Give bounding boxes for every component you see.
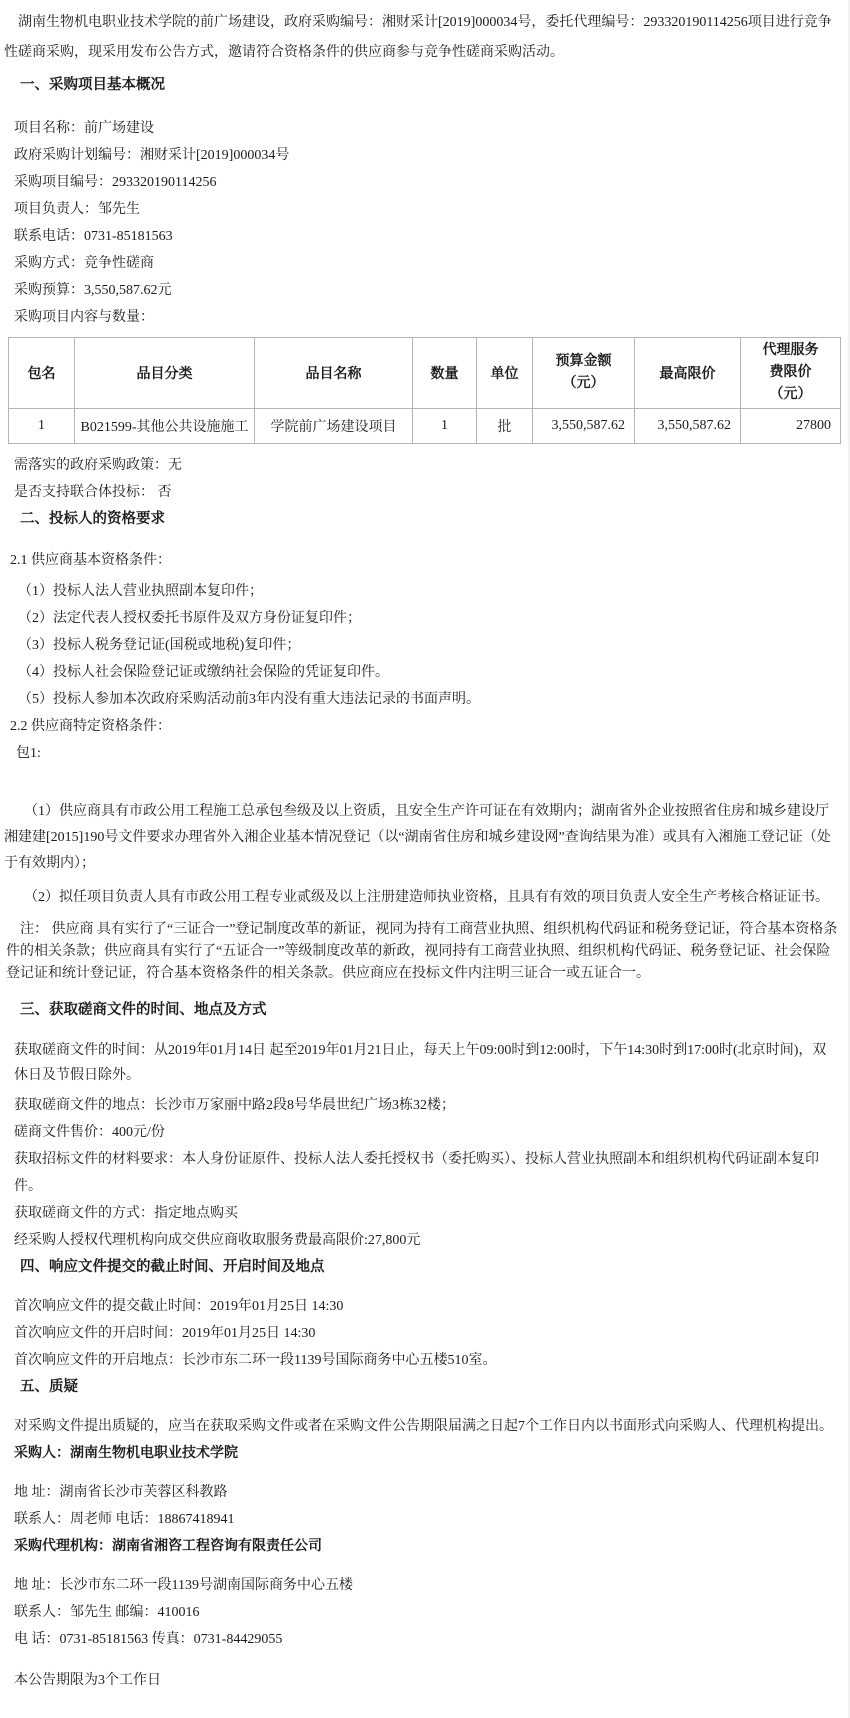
field-content-quantity-label: 采购项目内容与数量： xyxy=(14,304,840,331)
header-budget-amount-text: 预算金额（元） xyxy=(554,351,614,395)
cell-max-price: 3,550,587.62 xyxy=(635,409,741,444)
intro-paragraph: 湖南生物机电职业技术学院的前广场建设，政府采购编号：湘财采计[2019]0000… xyxy=(4,8,840,68)
document-time-line: 获取磋商文件的时间：从2019年01月14日 起至2019年01月21日止，每天… xyxy=(14,1038,840,1088)
header-agency-fee-limit-text: 代理服务费限价（元） xyxy=(761,340,821,406)
package-1-label: 包1: xyxy=(16,740,840,767)
field-project-name: 项目名称：前广场建设 xyxy=(14,115,840,142)
requirement-item-4: （4）投标人社会保险登记证或缴纳社会保险的凭证复印件。 xyxy=(18,659,840,686)
requirement-item-2: （2）法定代表人授权委托书原件及双方身份证复印件； xyxy=(18,605,840,632)
table-header-row: 包名 品目分类 品目名称 数量 单位 预算金额（元） 最高限价 代理服务费限价（… xyxy=(9,338,841,409)
cell-unit: 批 xyxy=(477,409,533,444)
field-project-number: 采购项目编号：293320190114256 xyxy=(14,169,840,196)
field-procurement-method: 采购方式：竞争性磋商 xyxy=(14,250,840,277)
policy-line: 需落实的政府采购政策：无 xyxy=(14,452,840,479)
cell-agency-fee: 27800 xyxy=(741,409,841,444)
requirement-item-5: （5）投标人参加本次政府采购活动前3年内没有重大违法记录的书面声明。 xyxy=(18,686,840,713)
opening-place-line: 首次响应文件的开启地点：长沙市东二环一段1139号国际商务中心五楼510室。 xyxy=(14,1347,840,1374)
header-budget-amount: 预算金额（元） xyxy=(533,338,635,409)
document-price-line: 磋商文件售价：400元/份 xyxy=(14,1119,840,1146)
field-procurement-budget: 采购预算：3,550,587.62元 xyxy=(14,277,840,304)
query-body: 对采购文件提出质疑的，应当在获取采购文件或者在采购文件公告期限届满之日起7个工作… xyxy=(14,1413,840,1440)
section-3-heading: 三、获取磋商文件的时间、地点及方式 xyxy=(20,997,840,1024)
header-agency-fee-limit: 代理服务费限价（元） xyxy=(741,338,841,409)
agency-address: 地 址：长沙市东二环一段1139号湖南国际商务中心五楼 xyxy=(14,1572,840,1599)
section-1-heading: 一、采购项目基本概况 xyxy=(20,72,840,99)
cell-budget-amount: 3,550,587.62 xyxy=(533,409,635,444)
announcement-period: 本公告期限为3个工作日 xyxy=(14,1667,840,1694)
field-plan-number: 政府采购计划编号：湘财采计[2019]000034号 xyxy=(14,142,840,169)
cell-item-name: 学院前广场建设项目 xyxy=(255,409,413,444)
header-item-name: 品目名称 xyxy=(255,338,413,409)
items-table: 包名 品目分类 品目名称 数量 单位 预算金额（元） 最高限价 代理服务费限价（… xyxy=(8,337,841,444)
subsection-2-1-title: 2.1 供应商基本资格条件： xyxy=(10,547,840,574)
field-project-leader: 项目负责人：邹先生 xyxy=(14,196,840,223)
cell-package-name: 1 xyxy=(9,409,75,444)
purchaser-heading: 采购人：湖南生物机电职业技术学院 xyxy=(14,1440,840,1467)
specific-requirement-1: （1）供应商具有市政公用工程施工总承包叁级及以上资质，且安全生产许可证在有效期内… xyxy=(4,799,840,877)
header-unit: 单位 xyxy=(477,338,533,409)
service-fee-line: 经采购人授权代理机构向成交供应商收取服务费最高限价:27,800元 xyxy=(14,1227,840,1254)
subsection-2-2-title: 2.2 供应商特定资格条件： xyxy=(10,713,840,740)
purchaser-contact: 联系人：周老师 电话：18867418941 xyxy=(14,1506,840,1533)
agency-heading: 采购代理机构：湖南省湘咨工程咨询有限责任公司 xyxy=(14,1533,840,1560)
section-4-heading: 四、响应文件提交的截止时间、开启时间及地点 xyxy=(20,1254,840,1281)
header-quantity: 数量 xyxy=(413,338,477,409)
header-item-category: 品目分类 xyxy=(75,338,255,409)
purchaser-address: 地 址：湖南省长沙市芙蓉区科教路 xyxy=(14,1479,840,1506)
section-5-heading: 五、质疑 xyxy=(20,1374,840,1401)
submission-deadline-line: 首次响应文件的提交截止时间：2019年01月25日 14:30 xyxy=(14,1293,840,1320)
table-row: 1 B021599-其他公共设施施工 学院前广场建设项目 1 批 3,550,5… xyxy=(9,409,841,444)
header-max-price: 最高限价 xyxy=(635,338,741,409)
header-package-name: 包名 xyxy=(9,338,75,409)
certificates-note: 注： 供应商 具有实行了“三证合一”登记制度改革的新证，视同为持有工商营业执照、… xyxy=(6,919,840,985)
opening-time-line: 首次响应文件的开启时间：2019年01月25日 14:30 xyxy=(14,1320,840,1347)
requirement-item-1: （1）投标人法人营业执照副本复印件； xyxy=(18,578,840,605)
field-contact-phone: 联系电话：0731-85181563 xyxy=(14,223,840,250)
cell-quantity: 1 xyxy=(413,409,477,444)
document-material-line: 获取招标文件的材料要求：本人身份证原件、投标人法人委托授权书（委托购买）、投标人… xyxy=(14,1146,840,1200)
specific-requirement-2: （2）拟任项目负责人具有市政公用工程专业贰级及以上注册建造师执业资格，且具有有效… xyxy=(4,885,840,911)
document-method-line: 获取磋商文件的方式：指定地点购买 xyxy=(14,1200,840,1227)
agency-phone: 电 话：0731-85181563 传真：0731-84429055 xyxy=(14,1626,840,1653)
cell-item-category: B021599-其他公共设施施工 xyxy=(75,409,255,444)
consortium-line: 是否支持联合体投标： 否 xyxy=(14,479,840,506)
requirement-item-3: （3）投标人税务登记证(国税或地税)复印件； xyxy=(18,632,840,659)
section-2-heading: 二、投标人的资格要求 xyxy=(20,506,840,533)
document-place-line: 获取磋商文件的地点：长沙市万家丽中路2段8号华晨世纪广场3栋32楼； xyxy=(14,1092,840,1119)
procurement-announcement-document: 湖南生物机电职业技术学院的前广场建设，政府采购编号：湘财采计[2019]0000… xyxy=(0,0,850,1718)
